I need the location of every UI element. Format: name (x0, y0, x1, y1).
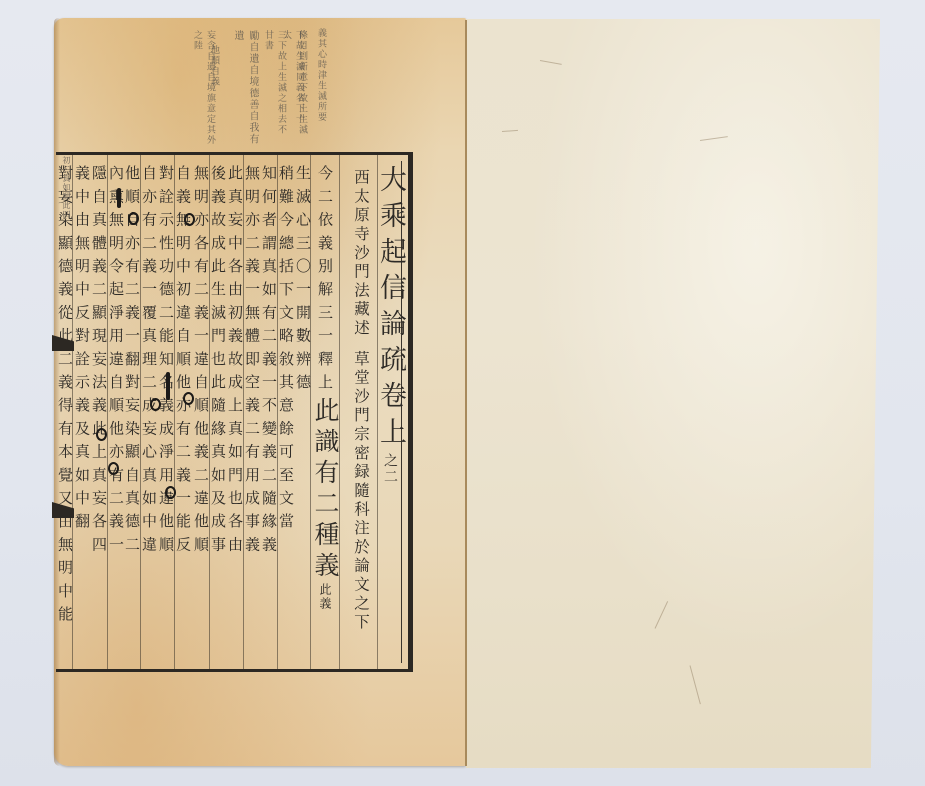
column-rule (339, 155, 340, 669)
text-column: 無明亦二義一無體即空義二有用成事義 (243, 155, 260, 669)
column-text: 後義故成此生滅門也此隨緣真如及成事 (209, 165, 226, 559)
column-text: 無明亦各有二義一違自順他義二違他順 (192, 165, 209, 559)
column-text: 今二依義別解三一釋上 (316, 165, 334, 397)
column-text: 此真妄中各由初義故成上真如門也各由 (226, 165, 243, 559)
text-column: 他順自亦有二義一翻對妄染顯自真德二 (123, 155, 140, 669)
main-text-large: 此識有二種義 (311, 397, 339, 583)
column-text: 知何者謂真如有二義一不變義二隨緣義 (260, 165, 277, 559)
title-column: 大乘起信論疏卷上之二 (376, 155, 406, 669)
title-main: 大乘起信論疏卷上 (376, 165, 406, 453)
text-column-main-heading: 今二依義別解三一釋上此識有二種義此義 (309, 155, 339, 669)
column-rule (209, 155, 210, 669)
column-rule (377, 155, 378, 669)
author-column: 西太原寺沙門法藏述草堂沙門宗密録隨科注於論文之下 (341, 155, 371, 669)
fold-margin-note: 初二真如順此四 (58, 156, 72, 668)
text-column: 知何者謂真如有二義一不變義二隨緣義 (260, 155, 277, 669)
column-text: 稍難今總括下文略敘其意餘可至文當 (277, 165, 294, 536)
text-column: 對詮示性功德二能知名義成淨用違他順 (157, 155, 174, 669)
handwritten-annotation: 三下故上生滅之相去不甘書 (262, 30, 288, 140)
author-line-1: 西太原寺沙門法藏述 (352, 169, 370, 338)
ink-circle-mark (183, 392, 194, 405)
text-column: 後義故成此生滅門也此隨緣真如及成事 (209, 155, 226, 669)
text-column: 稍難今總括下文略敘其意餘可至文當 (277, 155, 294, 669)
column-text: 隱自真體義二顯現妄法義此上真妄各四 (90, 165, 107, 559)
text-column: 隱自真體義二顯現妄法義此上真妄各四 (90, 155, 107, 669)
column-rule (140, 155, 141, 669)
author-line-2: 草堂沙門宗密録 (352, 350, 370, 482)
handwritten-annotation: 勵自遺自境德善自我有遺 (230, 30, 260, 150)
column-rule (107, 155, 108, 669)
column-rule (277, 155, 278, 669)
column-text: 內熏無明令起淨用違自順他亦有二義一 (107, 165, 124, 559)
text-column: 無明亦各有二義一違自順他義二違他順 (192, 155, 209, 669)
ink-circle-mark (150, 398, 161, 411)
ink-circle-mark (108, 462, 119, 475)
text-column: 自亦有二義一覆真理二成妄心真如中違 (140, 155, 157, 669)
book-spine-gutter (465, 20, 467, 766)
right-page-blank (466, 19, 880, 768)
column-text: 此義 (318, 583, 332, 611)
text-column: 自義無明中初違自順他亦有二義一能反 (174, 155, 191, 669)
ink-mark (117, 188, 121, 208)
handwritten-annotation: 義其心時津生滅所要 (315, 28, 328, 148)
column-text: 無明亦二義一無體即空義二有用成事義 (243, 165, 260, 559)
ink-circle-mark (96, 428, 107, 441)
title-suffix: 之二 (382, 453, 398, 485)
text-column: 義中由無明中反對詮示義及真如中翻 (73, 155, 90, 669)
handwritten-annotation: 妄含自遺自境旗意定其外之陸 (191, 30, 217, 150)
ink-mark (166, 372, 170, 400)
text-column: 生滅心三〇一開數辨德 (294, 155, 311, 669)
ink-circle-mark (128, 212, 139, 225)
column-rule (174, 155, 175, 669)
author-line-3: 隨科注於論文之下 (352, 482, 370, 632)
printed-text-block: 大乘起信論疏卷上之二 西太原寺沙門法藏述草堂沙門宗密録隨科注於論文之下 今二依義… (56, 152, 413, 672)
column-text: 對詮示性功德二能知名義成淨用違他順 (157, 165, 174, 559)
ink-circle-mark (165, 486, 176, 499)
column-rule (243, 155, 244, 669)
column-text: 義中由無明中反對詮示義及真如中翻 (73, 165, 90, 536)
column-text: 生滅心三〇一開數辨德 (294, 165, 311, 397)
column-text: 自亦有二義一覆真理二成妄心真如中違 (140, 165, 157, 559)
column-rule (310, 155, 311, 669)
text-column: 內熏無明令起淨用違自順他亦有二義一 (107, 155, 124, 669)
text-column: 此真妄中各由初義故成上真如門也各由 (226, 155, 243, 669)
ink-circle-mark (184, 213, 195, 226)
